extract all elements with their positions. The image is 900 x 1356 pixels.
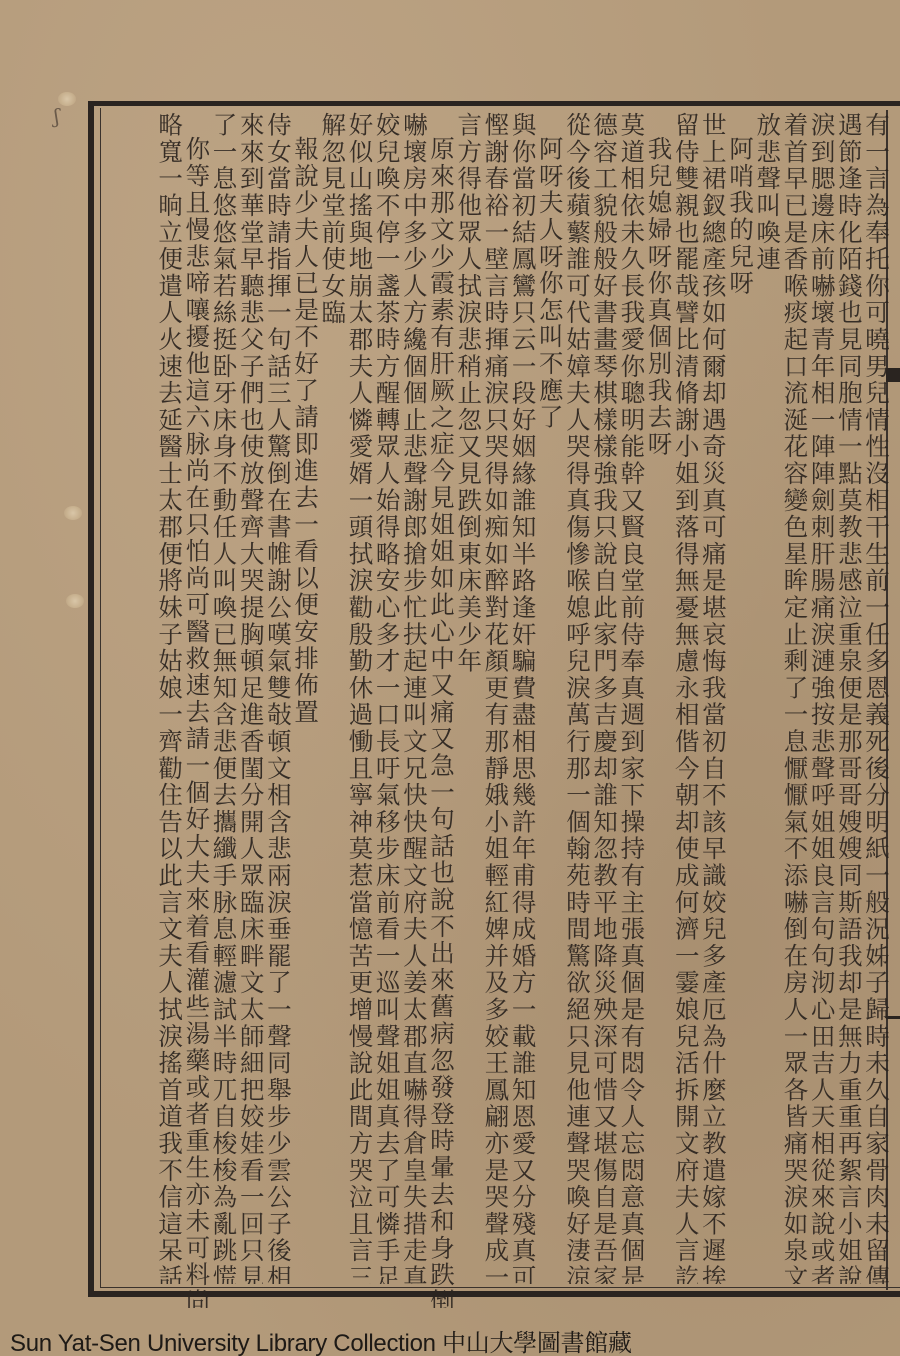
- text-column: 着首早已是香喉痰起口流涎花容變色星眸定止剩了一息懨懨氣不添嚇倒在房人一眾各皆痛哭…: [781, 112, 808, 1284]
- text-column: 解忽見堂前使女臨: [319, 112, 346, 1284]
- text-column: 淚到腮邊床前嚇壞青年相一陣陣劍刺肝腸痛淚漣強按悲聲呼姐姐良言句句沏心田吉人天相從…: [808, 112, 835, 1284]
- text-column: 放悲聲叫喚連: [754, 112, 781, 1284]
- text-column-indented: 我兒媳婦呀你真個別我去呀: [645, 112, 672, 1308]
- margin-mark: ʃ: [54, 104, 59, 128]
- text-column: 遇節逢時化陌錢也見同胞情一點莫教悲感泣重泉便是那哥哥嫂嫂同斯語我却是無力重重再絮…: [836, 112, 863, 1284]
- text-column: 留侍雙親也罷哉譬比清脩謝小姐到落得無憂無慮永相偕今朝却使成何濟一霎娘兒活拆開文府…: [673, 112, 700, 1284]
- text-column: 略寬一晌立便遣人火速去延醫士太郡便將妹子姑娘一齊勸住告以此言文夫人拭淚搖首道我不…: [156, 112, 183, 1284]
- text-column: 好似山搖與地崩太郡夫人憐愛婿一頭拭淚勸殷勤休過慟且寧神莫惹當憶苦更增慢說此間方哭…: [346, 112, 373, 1284]
- text-column: 莫道相依未久長我愛你聰明能幹又賢良堂前侍奉真週到家下操持有主張真個是有悶令人忘悶…: [618, 112, 645, 1284]
- text-column: 慳謝春裕一壁言時揮痛淚只哭得如痴如醉對花顏更有那靜娥小姐輕紅婢并及多姣王鳳翩亦是…: [482, 112, 509, 1284]
- text-column-indented: 你等且慢悲啼嚷擾他這六脉尚在只怕尚可醫救速去請一個好大夫來着看灌些湯藥或者重生亦…: [183, 112, 210, 1308]
- paper-damage-hole: [58, 92, 76, 106]
- text-column: 侍女當時請指揮一句話三人驚倒在書帷謝公嘆氣雙敧頓文相含悲兩淚垂罷了一聲同舉步少雲…: [265, 112, 292, 1284]
- text-column: 言方得他眾人拭淚悲稍止忽又見跌倒東床美少年: [455, 112, 482, 1284]
- text-column-indented: 原來那文少霞素有肝厥之症今見姐姐如此心中又痛又急一句話也說不出來舊病忽發登時暈去…: [428, 112, 455, 1308]
- text-column: 與你當初結鳳鸞只云一段好姻緣誰知半路逢奸騙費盡相思幾許年甫得成婚方一載誰知恩愛又…: [509, 112, 536, 1284]
- text-column: 世上裙釵總產孩如何爾却遇奇災真可痛是堪哀悔我當初自不該早識姣兒多產厄為什麼立教遣…: [700, 112, 727, 1284]
- text-column-indented: 阿呀夫人呀你怎叫不應了: [537, 112, 564, 1308]
- text-column: 姣兒喚不停一盞茶時方醒轉眾人始得略安心多才一口長吁氣移步床前看一巡叫聲姐姐真去了…: [373, 112, 400, 1284]
- scanned-book-page: ʃ 有一言為奉托你可曉男兒情性沒相干生前一任多恩義死後分明紙一般況姊子歸時未久自…: [0, 0, 900, 1356]
- text-body: 有一言為奉托你可曉男兒情性沒相干生前一任多恩義死後分明紙一般況姊子歸時未久自家骨…: [104, 112, 890, 1284]
- text-column: 從今後蘋蘩誰可代姑嫜夫人哭得真傷慘喉媳呼兒淚萬行那一個翰苑時間驚欲絕只見他連聲哭…: [564, 112, 591, 1284]
- paper-damage-hole: [64, 506, 82, 520]
- collection-caption: Sun Yat-Sen University Library Collectio…: [10, 1323, 632, 1356]
- text-column-indented: 報說少夫人已是不好了請即進去一看以便安排佈置: [292, 112, 319, 1308]
- text-column-indented: 阿哨我的兒呀: [727, 112, 754, 1308]
- text-column: 有一言為奉托你可曉男兒情性沒相干生前一任多恩義死後分明紙一般況姊子歸時未久自家骨…: [863, 112, 890, 1284]
- paper-damage-hole: [66, 594, 84, 608]
- text-column: 來來到華堂早聽悲父子們也使放聲齊大哭提胸頓足進香閨分開人眾臨床畔文太師細把姣娃看…: [238, 112, 265, 1284]
- text-column: 了一息悠悠氣若絲挺卧牙床身不動任人叫喚已無知含悲便去攜纖手脉息輕濾試半時兀自梭梭…: [210, 112, 237, 1284]
- text-column: 德容工貌般般好書畫琴棋樣樣強我只說自此家門多吉慶却誰知忽教平地降災殃深可惜又堪傷…: [591, 112, 618, 1284]
- text-column: 嚇壞房中多少人方纔個個止悲聲謝郎搶步忙扶起連叫文兄快快醒文府夫人姜太郡直嚇得倉皇…: [401, 112, 428, 1284]
